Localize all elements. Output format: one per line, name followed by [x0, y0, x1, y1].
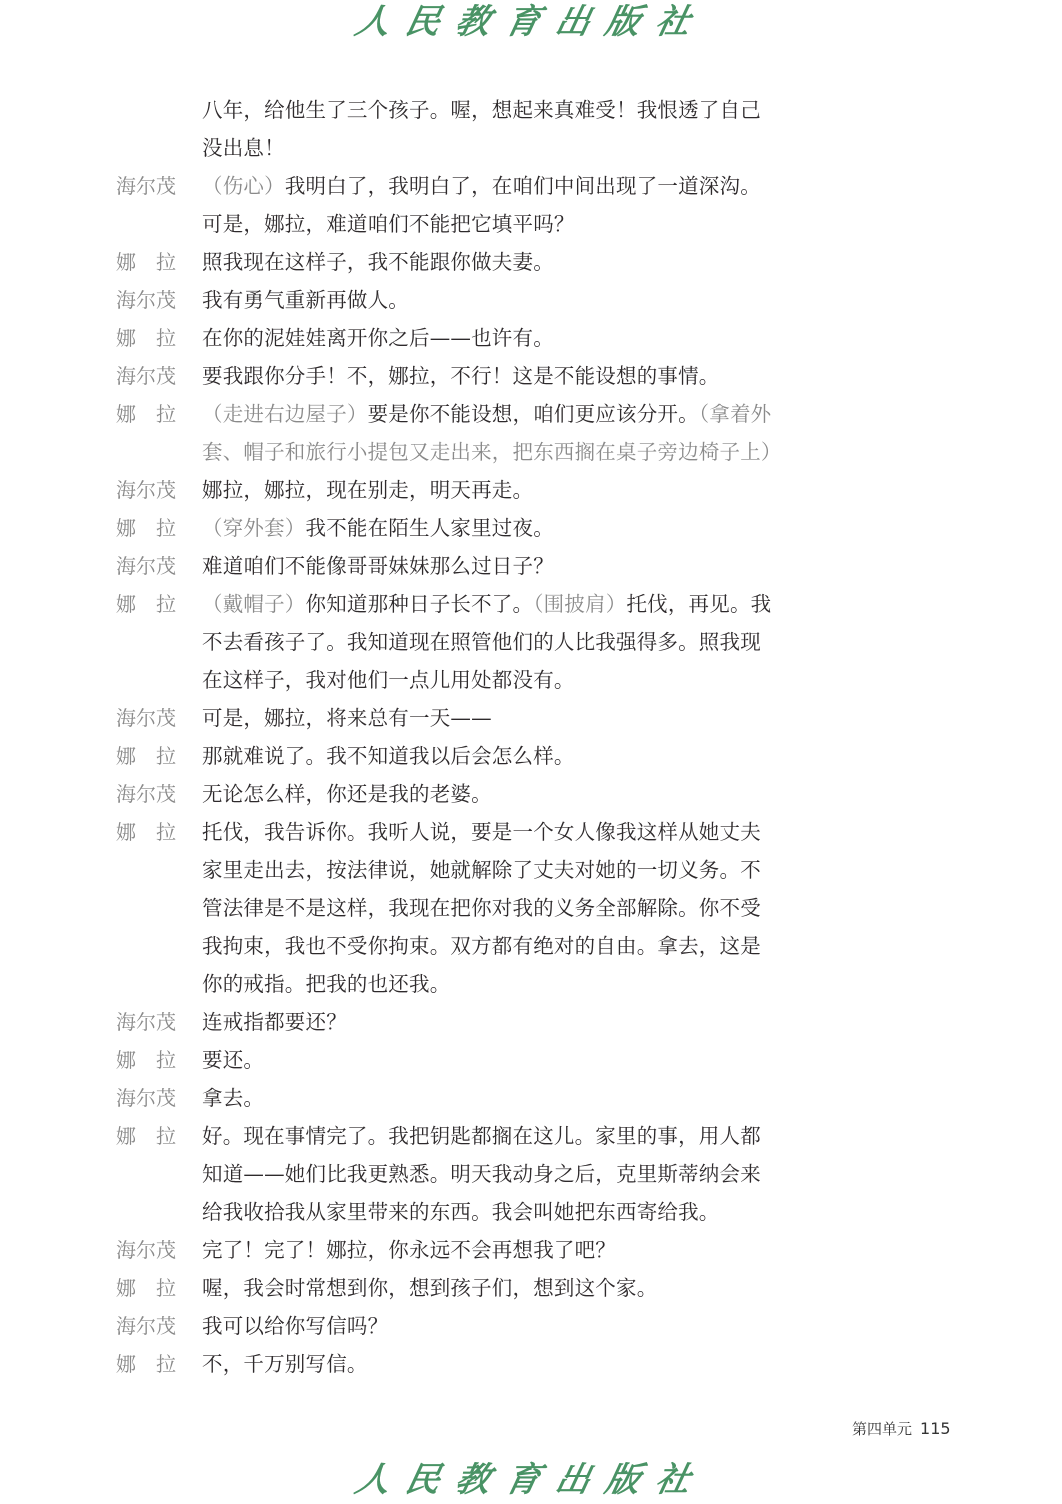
dialogue-entry: 海尔茂我有勇气重新再做人。: [116, 281, 796, 319]
speech-text: 在你的泥娃娃离开你之后——也许有。: [202, 319, 796, 357]
speech-line: 照我现在这样子，我不能跟你做夫妻。: [202, 243, 796, 281]
spoken-text: 我拘束，我也不受你拘束。双方都有绝对的自由。拿去，这是: [202, 934, 761, 958]
stage-direction: （戴帽子）: [202, 592, 306, 616]
spoken-text: 我明白了，我明白了，在咱们中间出现了一道深沟。: [285, 174, 761, 198]
dialogue-entry: 八年，给他生了三个孩子。喔，想起来真难受！我恨透了自己没出息！: [116, 91, 796, 167]
speech-text: 要还。: [202, 1041, 796, 1079]
speaker-name: 海尔茂: [116, 1307, 202, 1345]
speech-line: 完了！完了！娜拉，你永远不会再想我了吧？: [202, 1231, 796, 1269]
spoken-text: 连戒指都要还？: [202, 1010, 347, 1034]
speech-text: 难道咱们不能像哥哥妹妹那么过日子？: [202, 547, 796, 585]
speaker-name: 海尔茂: [116, 1079, 202, 1117]
speech-line: （穿外套）我不能在陌生人家里过夜。: [202, 509, 796, 547]
speaker-name: 海尔茂: [116, 1231, 202, 1269]
speech-text: 我可以给你写信吗？: [202, 1307, 796, 1345]
speech-text: 那就难说了。我不知道我以后会怎么样。: [202, 737, 796, 775]
speech-line: 娜拉，娜拉，现在别走，明天再走。: [202, 471, 796, 509]
spoken-text: 难道咱们不能像哥哥妹妹那么过日子？: [202, 554, 554, 578]
spoken-text: 托伐，我告诉你。我听人说，要是一个女人像我这样从她丈夫: [202, 820, 761, 844]
speech-line: 那就难说了。我不知道我以后会怎么样。: [202, 737, 796, 775]
spoken-text: 八年，给他生了三个孩子。喔，想起来真难受！我恨透了自己: [202, 98, 761, 122]
speech-text: 我有勇气重新再做人。: [202, 281, 796, 319]
spoken-text: 家里走出去，按法律说，她就解除了丈夫对她的一切义务。不: [202, 858, 761, 882]
speech-text: （走进右边屋子）要是你不能设想，咱们更应该分开。（拿着外套、帽子和旅行小提包又走…: [202, 395, 796, 471]
dialogue-entry: 娜 拉在你的泥娃娃离开你之后——也许有。: [116, 319, 796, 357]
speech-line: 要还。: [202, 1041, 796, 1079]
speech-text: （戴帽子）你知道那种日子长不了。（围披肩）托伐，再见。我不去看孩子了。我知道现在…: [202, 585, 796, 699]
speech-line: 拿去。: [202, 1079, 796, 1117]
spoken-text: 可是，娜拉，难道咱们不能把它填平吗？: [202, 212, 575, 236]
spoken-text: 你知道那种日子长不了。: [306, 592, 534, 616]
speech-line: 我可以给你写信吗？: [202, 1307, 796, 1345]
speech-text: 连戒指都要还？: [202, 1003, 796, 1041]
speech-line: 好。现在事情完了。我把钥匙都搁在这儿。家里的事，用人都: [202, 1117, 796, 1155]
dialogue-entry: 娜 拉好。现在事情完了。我把钥匙都搁在这儿。家里的事，用人都知道——她们比我更熟…: [116, 1117, 796, 1231]
speaker-name: 娜 拉: [116, 1269, 202, 1307]
spoken-text: 要是你不能设想，咱们更应该分开。: [368, 402, 699, 426]
speech-line: 可是，娜拉，将来总有一天——: [202, 699, 796, 737]
speech-line: 给我收拾我从家里带来的东西。我会叫她把东西寄给我。: [202, 1193, 796, 1231]
spoken-text: 拿去。: [202, 1086, 264, 1110]
speaker-name: 娜 拉: [116, 319, 202, 357]
speaker-name: 娜 拉: [116, 395, 202, 433]
speaker-name: 娜 拉: [116, 509, 202, 547]
spoken-text: 没出息！: [202, 136, 285, 160]
spoken-text: 喔，我会时常想到你，想到孩子们，想到这个家。: [202, 1276, 657, 1300]
speech-text: 好。现在事情完了。我把钥匙都搁在这儿。家里的事，用人都知道——她们比我更熟悉。明…: [202, 1117, 796, 1231]
spoken-text: 不去看孩子了。我知道现在照管他们的人比我强得多。照我现: [202, 630, 761, 654]
speaker-name: 娜 拉: [116, 585, 202, 623]
speech-text: 拿去。: [202, 1079, 796, 1117]
speaker-name: 海尔茂: [116, 167, 202, 205]
speech-text: 托伐，我告诉你。我听人说，要是一个女人像我这样从她丈夫家里走出去，按法律说，她就…: [202, 813, 796, 1003]
speaker-name: 娜 拉: [116, 1345, 202, 1383]
speech-line: （走进右边屋子）要是你不能设想，咱们更应该分开。（拿着外: [202, 395, 796, 433]
spoken-text: 我可以给你写信吗？: [202, 1314, 388, 1338]
speaker-name: 娜 拉: [116, 1117, 202, 1155]
speech-text: 不，千万别写信。: [202, 1345, 796, 1383]
dialogue-entry: 海尔茂完了！完了！娜拉，你永远不会再想我了吧？: [116, 1231, 796, 1269]
speech-text: 喔，我会时常想到你，想到孩子们，想到这个家。: [202, 1269, 796, 1307]
spoken-text: 照我现在这样子，我不能跟你做夫妻。: [202, 250, 554, 274]
speech-line: 连戒指都要还？: [202, 1003, 796, 1041]
publisher-watermark-top: 人民教育出版社: [0, 0, 1062, 44]
speaker-name: 海尔茂: [116, 357, 202, 395]
speaker-name: 海尔茂: [116, 281, 202, 319]
dialogue-entry: 娜 拉要还。: [116, 1041, 796, 1079]
spoken-text: 我不能在陌生人家里过夜。: [306, 516, 554, 540]
speech-line: （伤心）我明白了，我明白了，在咱们中间出现了一道深沟。: [202, 167, 796, 205]
spoken-text: 娜拉，娜拉，现在别走，明天再走。: [202, 478, 533, 502]
speech-line: 在这样子，我对他们一点儿用处都没有。: [202, 661, 796, 699]
speech-text: 可是，娜拉，将来总有一天——: [202, 699, 796, 737]
speech-line: 可是，娜拉，难道咱们不能把它填平吗？: [202, 205, 796, 243]
dialogue-entry: 海尔茂难道咱们不能像哥哥妹妹那么过日子？: [116, 547, 796, 585]
speech-text: 要我跟你分手！不，娜拉，不行！这是不能设想的事情。: [202, 357, 796, 395]
dialogue-entry: 海尔茂可是，娜拉，将来总有一天——: [116, 699, 796, 737]
speech-text: 娜拉，娜拉，现在别走，明天再走。: [202, 471, 796, 509]
stage-direction: （走进右边屋子）: [202, 402, 368, 426]
spoken-text: 我有勇气重新再做人。: [202, 288, 409, 312]
speaker-name: 娜 拉: [116, 243, 202, 281]
spoken-text: 要我跟你分手！不，娜拉，不行！这是不能设想的事情。: [202, 364, 720, 388]
page-footer: 第四单元115: [852, 1418, 951, 1439]
speech-text: （伤心）我明白了，我明白了，在咱们中间出现了一道深沟。可是，娜拉，难道咱们不能把…: [202, 167, 796, 243]
spoken-text: 无论怎么样，你还是我的老婆。: [202, 782, 492, 806]
stage-direction: （穿外套）: [202, 516, 306, 540]
speech-text: 无论怎么样，你还是我的老婆。: [202, 775, 796, 813]
dialogue-entry: 海尔茂连戒指都要还？: [116, 1003, 796, 1041]
page-number: 115: [920, 1419, 951, 1438]
spoken-text: 可是，娜拉，将来总有一天——: [202, 706, 492, 730]
speaker-name: 海尔茂: [116, 547, 202, 585]
dialogue-entry: 海尔茂无论怎么样，你还是我的老婆。: [116, 775, 796, 813]
spoken-text: 那就难说了。我不知道我以后会怎么样。: [202, 744, 575, 768]
spoken-text: 在你的泥娃娃离开你之后——也许有。: [202, 326, 554, 350]
spoken-text: 不，千万别写信。: [202, 1352, 368, 1376]
dialogue-entry: 娜 拉那就难说了。我不知道我以后会怎么样。: [116, 737, 796, 775]
speech-line: 难道咱们不能像哥哥妹妹那么过日子？: [202, 547, 796, 585]
speaker-name: 海尔茂: [116, 775, 202, 813]
speech-line: （戴帽子）你知道那种日子长不了。（围披肩）托伐，再见。我: [202, 585, 796, 623]
spoken-text: 在这样子，我对他们一点儿用处都没有。: [202, 668, 575, 692]
speech-line: 我拘束，我也不受你拘束。双方都有绝对的自由。拿去，这是: [202, 927, 796, 965]
speaker-name: 娜 拉: [116, 737, 202, 775]
dialogue-entry: 海尔茂（伤心）我明白了，我明白了，在咱们中间出现了一道深沟。可是，娜拉，难道咱们…: [116, 167, 796, 243]
stage-direction: （围披肩）: [533, 592, 626, 616]
dialogue-entry: 娜 拉不，千万别写信。: [116, 1345, 796, 1383]
stage-direction: 套、帽子和旅行小提包又走出来，把东西搁在桌子旁边椅子上）: [202, 440, 782, 464]
speech-line: 知道——她们比我更熟悉。明天我动身之后，克里斯蒂纳会来: [202, 1155, 796, 1193]
speech-line: 无论怎么样，你还是我的老婆。: [202, 775, 796, 813]
unit-label: 第四单元: [852, 1420, 912, 1438]
speech-line: 我有勇气重新再做人。: [202, 281, 796, 319]
dialogue-entry: 娜 拉（走进右边屋子）要是你不能设想，咱们更应该分开。（拿着外套、帽子和旅行小提…: [116, 395, 796, 471]
play-dialogue: 八年，给他生了三个孩子。喔，想起来真难受！我恨透了自己没出息！海尔茂（伤心）我明…: [116, 91, 796, 1383]
speech-line: 八年，给他生了三个孩子。喔，想起来真难受！我恨透了自己: [202, 91, 796, 129]
dialogue-entry: 海尔茂拿去。: [116, 1079, 796, 1117]
dialogue-entry: 海尔茂要我跟你分手！不，娜拉，不行！这是不能设想的事情。: [116, 357, 796, 395]
spoken-text: 管法律是不是这样，我现在把你对我的义务全部解除。你不受: [202, 896, 761, 920]
speech-line: 没出息！: [202, 129, 796, 167]
spoken-text: 知道——她们比我更熟悉。明天我动身之后，克里斯蒂纳会来: [202, 1162, 761, 1186]
speech-line: 套、帽子和旅行小提包又走出来，把东西搁在桌子旁边椅子上）: [202, 433, 796, 471]
speaker-name: 海尔茂: [116, 699, 202, 737]
speech-line: 在你的泥娃娃离开你之后——也许有。: [202, 319, 796, 357]
speech-line: 喔，我会时常想到你，想到孩子们，想到这个家。: [202, 1269, 796, 1307]
dialogue-entry: 娜 拉托伐，我告诉你。我听人说，要是一个女人像我这样从她丈夫家里走出去，按法律说…: [116, 813, 796, 1003]
dialogue-entry: 海尔茂娜拉，娜拉，现在别走，明天再走。: [116, 471, 796, 509]
speech-line: 不，千万别写信。: [202, 1345, 796, 1383]
publisher-watermark-bottom: 人民教育出版社: [0, 1458, 1062, 1502]
speech-text: 完了！完了！娜拉，你永远不会再想我了吧？: [202, 1231, 796, 1269]
speech-text: （穿外套）我不能在陌生人家里过夜。: [202, 509, 796, 547]
spoken-text: 给我收拾我从家里带来的东西。我会叫她把东西寄给我。: [202, 1200, 720, 1224]
speaker-name: 娜 拉: [116, 1041, 202, 1079]
spoken-text: 好。现在事情完了。我把钥匙都搁在这儿。家里的事，用人都: [202, 1124, 761, 1148]
speech-line: 你的戒指。把我的也还我。: [202, 965, 796, 1003]
dialogue-entry: 娜 拉喔，我会时常想到你，想到孩子们，想到这个家。: [116, 1269, 796, 1307]
speaker-name: 海尔茂: [116, 1003, 202, 1041]
speech-text: 八年，给他生了三个孩子。喔，想起来真难受！我恨透了自己没出息！: [202, 91, 796, 167]
speaker-name: 海尔茂: [116, 471, 202, 509]
speech-line: 要我跟你分手！不，娜拉，不行！这是不能设想的事情。: [202, 357, 796, 395]
dialogue-entry: 海尔茂我可以给你写信吗？: [116, 1307, 796, 1345]
spoken-text: 要还。: [202, 1048, 264, 1072]
speech-line: 托伐，我告诉你。我听人说，要是一个女人像我这样从她丈夫: [202, 813, 796, 851]
spoken-text: 你的戒指。把我的也还我。: [202, 972, 450, 996]
dialogue-entry: 娜 拉（穿外套）我不能在陌生人家里过夜。: [116, 509, 796, 547]
speaker-name: 娜 拉: [116, 813, 202, 851]
spoken-text: 完了！完了！娜拉，你永远不会再想我了吧？: [202, 1238, 616, 1262]
dialogue-entry: 娜 拉（戴帽子）你知道那种日子长不了。（围披肩）托伐，再见。我不去看孩子了。我知…: [116, 585, 796, 699]
speech-line: 管法律是不是这样，我现在把你对我的义务全部解除。你不受: [202, 889, 796, 927]
dialogue-entry: 娜 拉照我现在这样子，我不能跟你做夫妻。: [116, 243, 796, 281]
speech-line: 不去看孩子了。我知道现在照管他们的人比我强得多。照我现: [202, 623, 796, 661]
stage-direction: （拿着外: [699, 402, 772, 426]
stage-direction: （伤心）: [202, 174, 285, 198]
speech-text: 照我现在这样子，我不能跟你做夫妻。: [202, 243, 796, 281]
spoken-text: 托伐，再见。我: [626, 592, 771, 616]
speech-line: 家里走出去，按法律说，她就解除了丈夫对她的一切义务。不: [202, 851, 796, 889]
